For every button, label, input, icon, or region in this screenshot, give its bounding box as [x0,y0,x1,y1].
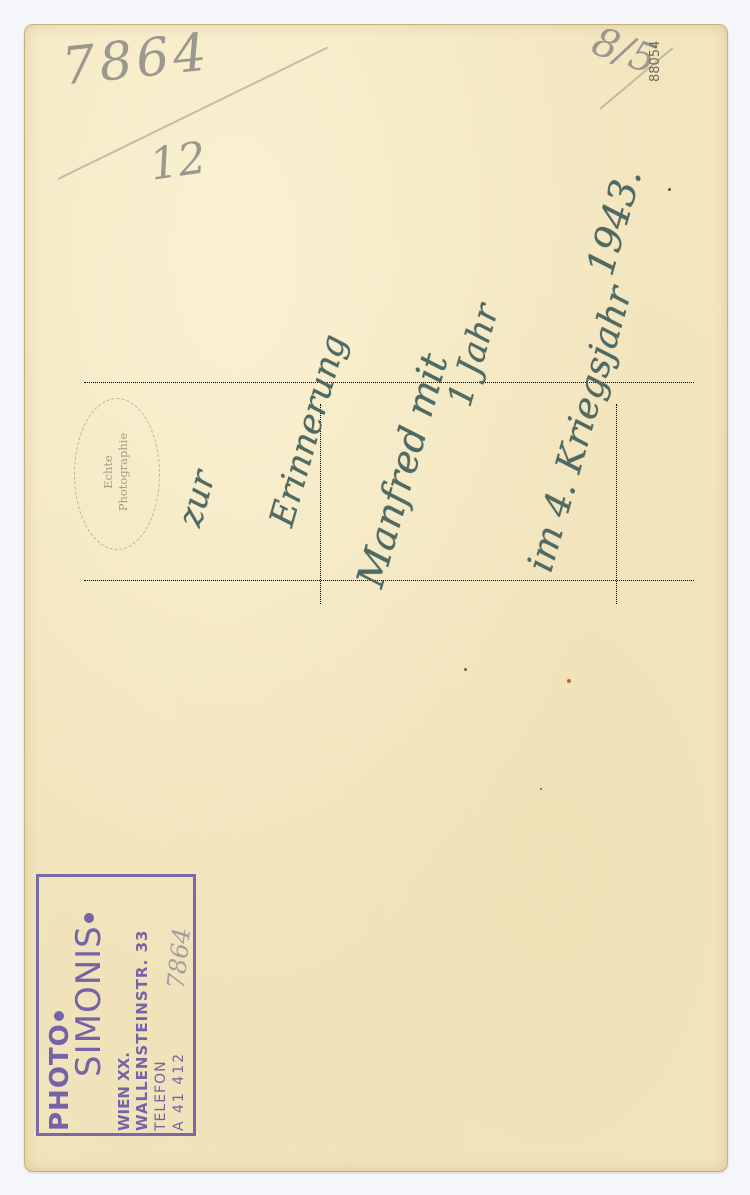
foxing-spot [668,188,671,191]
foxing-spot [464,668,467,671]
embossed-oval-text: Echte Photographie [101,402,131,542]
stamp-city: WIEN XX. [115,1052,133,1131]
stamp-name-text: SIMONIS [69,925,109,1077]
pencil-sub-number: 12 [147,132,210,190]
stamp-name: SIMONIS [69,911,109,1077]
printed-serial-number: 88054 [648,41,663,82]
stamp-dot-icon [84,913,94,923]
stamp-phone-label: TELEFON [153,1060,169,1131]
stamp-phone-number: A 41 412 [171,1052,187,1131]
foxing-spot [567,679,571,683]
foxing-spot [540,788,542,790]
stamp-dot-icon [54,1011,64,1021]
oval-line-1: Echte [101,402,116,542]
oval-line-2: Photographie [116,402,131,542]
dotted-guideline [616,404,617,604]
stamp-pencil-number: 7864 [162,927,196,991]
stamp-street: WALLENSTEINSTR. 33 [133,930,151,1131]
photographer-stamp: PHOTO SIMONIS WIEN XX. WALLENSTEINSTR. 3… [36,874,196,1136]
